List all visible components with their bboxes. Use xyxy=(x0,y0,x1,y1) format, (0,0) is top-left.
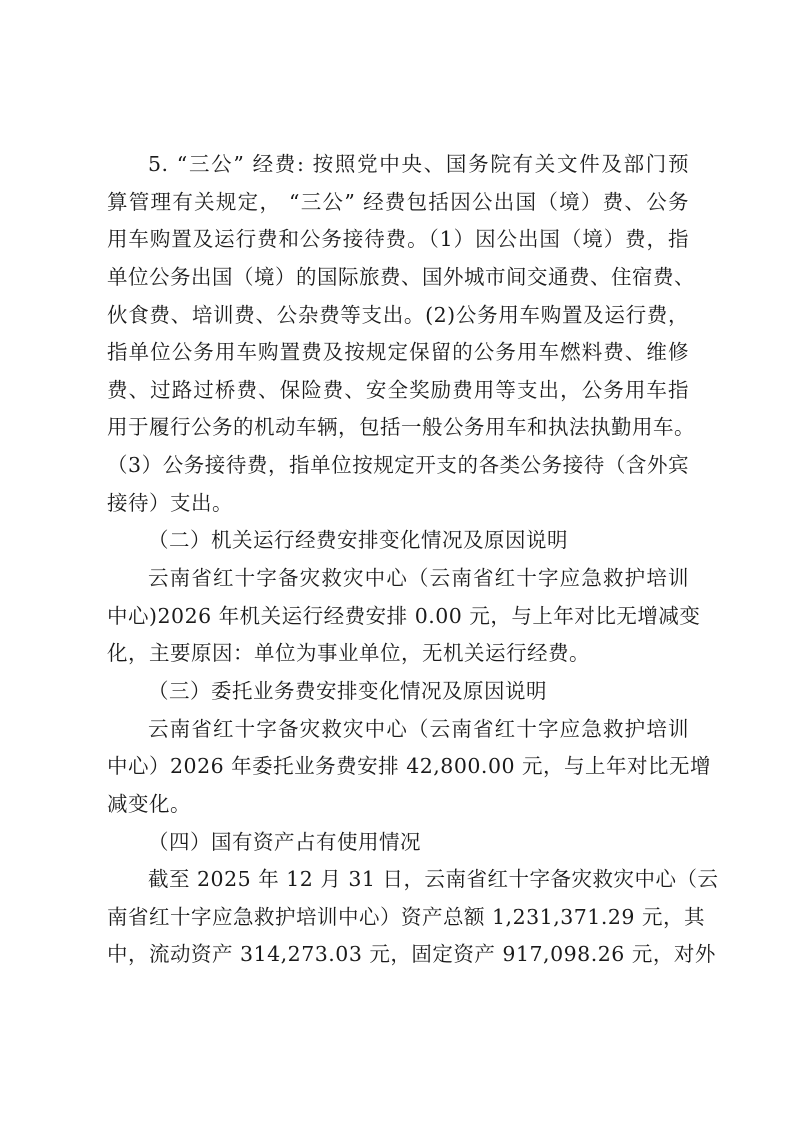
text-line: 减变化。 xyxy=(107,786,689,824)
text-line: 伙食费、培训费、公杂费等支出。(2)公务用车购置及运行费， xyxy=(107,297,689,335)
paragraph-commissioned-business: 云南省红十字备灾救灾中心（云南省红十字应急救护培训 中心）2026 年委托业务费… xyxy=(107,711,689,824)
text-line: 截至 2025 年 12 月 31 日，云南省红十字备灾救灾中心（云 xyxy=(107,861,689,899)
text-line: 单位公务出国（境）的国际旅费、国外城市间交通费、住宿费、 xyxy=(107,259,689,297)
text-line: （3）公务接待费，指单位按规定开支的各类公务接待（含外宾 xyxy=(107,447,689,485)
text-line: 中心)2026 年机关运行经费安排 0.00 元，与上年对比无增减变 xyxy=(107,598,689,636)
text-line: 用车购置及运行费和公务接待费。（1）因公出国（境）费，指 xyxy=(107,221,689,259)
text-line: 指单位公务用车购置费及按规定保留的公务用车燃料费、维修 xyxy=(107,334,689,372)
paragraph-san-gong-definition: 5. “三公” 经费: 按照党中央、国务院有关文件及部门预 算管理有关规定， “… xyxy=(107,146,689,522)
paragraph-state-assets: 截至 2025 年 12 月 31 日，云南省红十字备灾救灾中心（云 南省红十字… xyxy=(107,861,689,974)
text-line: 化，主要原因：单位为事业单位，无机关运行经费。 xyxy=(107,635,689,673)
section-heading-state-assets: （四）国有资产占有使用情况 xyxy=(107,824,689,862)
document-page: 5. “三公” 经费: 按照党中央、国务院有关文件及部门预 算管理有关规定， “… xyxy=(107,146,689,974)
section-heading-operating-expenses: （二）机关运行经费安排变化情况及原因说明 xyxy=(107,522,689,560)
text-line: 南省红十字应急救护培训中心）资产总额 1,231,371.29 元，其 xyxy=(107,899,689,937)
text-line: 云南省红十字备灾救灾中心（云南省红十字应急救护培训 xyxy=(107,711,689,749)
text-line: 5. “三公” 经费: 按照党中央、国务院有关文件及部门预 xyxy=(107,146,689,184)
text-line: 费、过路过桥费、保险费、安全奖励费用等支出，公务用车指 xyxy=(107,372,689,410)
text-line: 接待）支出。 xyxy=(107,485,689,523)
text-line: 算管理有关规定， “三公” 经费包括因公出国（境）费、公务 xyxy=(107,184,689,222)
text-line: 中，流动资产 314,273.03 元，固定资产 917,098.26 元，对外 xyxy=(107,936,689,974)
text-line: 用于履行公务的机动车辆，包括一般公务用车和执法执勤用车。 xyxy=(107,409,689,447)
text-line: 云南省红十字备灾救灾中心（云南省红十字应急救护培训 xyxy=(107,560,689,598)
text-line: 中心）2026 年委托业务费安排 42,800.00 元，与上年对比无增 xyxy=(107,748,689,786)
section-heading-commissioned-business: （三）委托业务费安排变化情况及原因说明 xyxy=(107,673,689,711)
paragraph-operating-expenses: 云南省红十字备灾救灾中心（云南省红十字应急救护培训 中心)2026 年机关运行经… xyxy=(107,560,689,673)
